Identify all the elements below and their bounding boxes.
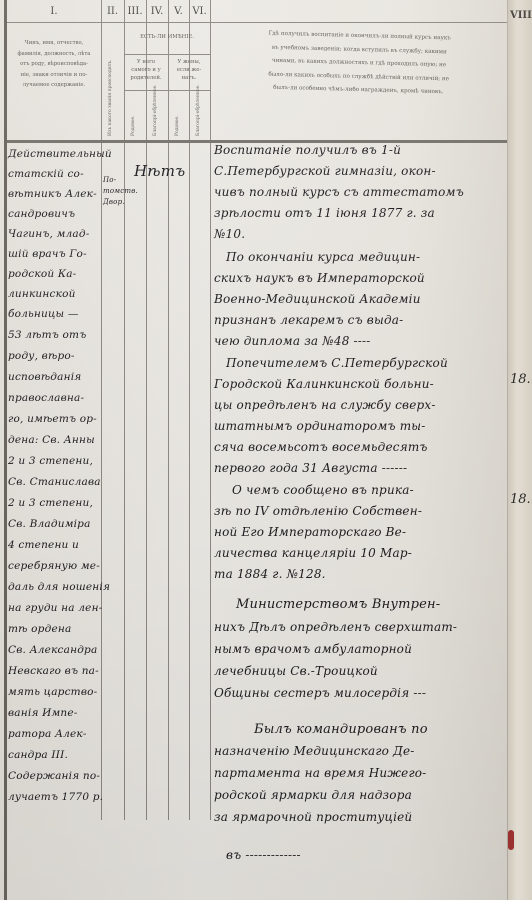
entry-line: По окончаніи курса медицин-	[226, 250, 420, 264]
column-number-1: I.	[7, 6, 101, 17]
origin-line: томств.	[103, 187, 138, 195]
entry-line: штатнымъ ординаторомъ ты-	[214, 419, 426, 433]
margin-year: 18..	[510, 492, 532, 507]
estate-header: ЕСТЬ-ЛИ ИМѢНІЕ.	[124, 32, 210, 43]
header-line: самого и у	[124, 66, 168, 74]
column-1-header: Чинъ, имя, отчество, фамилія, должность,…	[8, 38, 100, 91]
entry-line: зѣ по IV отдѣленію Собствен-	[214, 504, 422, 518]
entry-line: Попечителемъ С.Петербургской	[226, 356, 448, 370]
column-2-header: Изъ какого званія происходитъ.	[108, 26, 113, 136]
page-left-border	[4, 0, 7, 900]
column-rule	[210, 0, 211, 820]
entry-line: цы опредѣленъ на службу сверх-	[214, 398, 436, 412]
entry-line: Действительный	[8, 148, 112, 160]
column-rule	[124, 0, 125, 820]
entry-line: зрѣлости отъ 11 іюня 1877 г. за	[214, 206, 435, 220]
entry-line: ванія Импе-	[8, 707, 78, 719]
entry-line: №10.	[214, 227, 245, 241]
entry-line: ной Его Императорскаго Ве-	[214, 525, 406, 539]
column-rule	[101, 0, 102, 820]
column-number-4: IV.	[146, 6, 168, 17]
entry-line: роду, вѣро-	[8, 350, 75, 362]
entry-line: Содержанія по-	[8, 770, 100, 782]
entry-line: лучаетъ 1770 р.	[8, 791, 103, 803]
header-line: натъ.	[168, 74, 210, 82]
entry-line: С.Петербургской гимназіи, окон-	[214, 164, 436, 178]
inherited-self-header: Родовое.	[131, 100, 136, 136]
entry-line: Военно-Медицинской Академіи	[214, 292, 421, 306]
entry-line: сандровичъ	[8, 208, 75, 220]
entry-line: на груди на лен-	[8, 602, 102, 614]
header-line: У него	[124, 58, 168, 66]
entry-line: сандра III.	[8, 749, 68, 761]
entry-line: сяча восемьсотъ восемьдесятъ	[214, 440, 428, 454]
entry-line: партамента на время Нижего-	[214, 766, 426, 780]
entry-line: Св. Станислава	[8, 476, 101, 488]
entry-line: 53 лѣтъ отъ	[8, 329, 86, 341]
column-rule	[189, 0, 190, 820]
entry-line: Общины сестеръ милосердія ---	[214, 686, 426, 700]
entry-line: статскій со-	[8, 168, 84, 180]
entry-line: личества канцеляріи 10 Мар-	[214, 546, 412, 560]
entry-line: въ -------------	[226, 848, 301, 862]
header-line: У жены,	[168, 58, 210, 66]
entry-line: Городской Калинкинской больни-	[214, 377, 434, 391]
entry-line: больницы —	[8, 308, 79, 320]
header-line: родителей.	[124, 74, 168, 82]
binding-thread	[508, 830, 514, 850]
column-number-8: VIII	[510, 10, 532, 21]
entry-line: чею диплома за №48 ----	[214, 334, 371, 348]
entry-line: родской ярмарки для надзора	[214, 788, 412, 802]
entry-line: 2 и 3 степени,	[8, 455, 93, 467]
entry-line: дена: Св. Анны	[8, 434, 95, 446]
entry-line: нихъ Дѣлъ опредѣленъ сверхштат-	[214, 620, 457, 634]
entry-line: Св. Александра	[8, 644, 97, 656]
entry-line: за ярмарочной проституціей	[214, 810, 412, 824]
entry-line: назначенію Медицинскаго Де-	[214, 744, 415, 758]
column-number-6: VI.	[189, 6, 210, 17]
margin-year: 18..	[510, 372, 532, 387]
entry-line: вѣтникъ Алек-	[8, 188, 97, 200]
acquired-wife-header: Благопрі-обрѣтенное.	[196, 94, 201, 136]
entry-line: даль для ношенія	[8, 581, 110, 593]
estate-wife-header: У жены, если же- натъ.	[168, 58, 210, 82]
entry-line: Св. Владиміра	[8, 518, 91, 530]
acquired-self-header: Благопрі-обрѣтенное.	[153, 94, 158, 136]
estate-self-header: У него самого и у родителей.	[124, 58, 168, 82]
entry-line: 2 и 3 степени,	[8, 497, 93, 509]
header-line: фамилія, должность, лѣта	[8, 49, 100, 60]
entry-line: ратора Алек-	[8, 728, 87, 740]
entry-line: нымъ врачомъ амбулаторной	[214, 642, 412, 656]
column-number-2: II.	[101, 6, 124, 17]
inherited-wife-header: Родовое.	[175, 100, 180, 136]
entry-line: 4 степени и	[8, 539, 79, 551]
entry-line: чивъ полный курсъ съ аттестатомъ	[214, 185, 464, 199]
header-top-rule	[7, 22, 507, 23]
header-line: Чинъ, имя, отчество,	[8, 38, 100, 49]
entry-line: православна-	[8, 392, 84, 404]
entry-line: шій врачъ Го-	[8, 248, 87, 260]
header-line: ніе, знаки отличія и по-	[8, 70, 100, 81]
estate-entry: Нѣтъ	[134, 162, 185, 180]
entry-line: серебряную ме-	[8, 560, 100, 572]
entry-line: родской Ка-	[8, 268, 76, 280]
adjacent-page-strip: VIII 18.. 18..	[508, 0, 532, 900]
column-number-3: III.	[124, 6, 146, 17]
estate-subheader-rule	[124, 54, 210, 55]
header-line: лучаемое содержаніе.	[8, 80, 100, 91]
header-line: если же-	[168, 66, 210, 74]
entry-line: лечебницы Св.-Троицкой	[214, 664, 378, 678]
entry-line: Чагинъ, млад-	[8, 228, 90, 240]
entry-line: линкинской	[8, 288, 76, 300]
entry-line: признанъ лекаремъ съ выда-	[214, 313, 403, 327]
origin-line: По-	[103, 176, 116, 184]
entry-line: Министерствомъ Внутрен-	[236, 597, 440, 612]
column-rule	[146, 0, 147, 820]
entry-line: исповѣданія	[8, 371, 81, 383]
entry-line: Воспитаніе получилъ въ 1-й	[214, 143, 401, 157]
entry-line: тѣ ордена	[8, 623, 71, 635]
column-7-header: Гдѣ получилъ воспитаніе и окончилъ-ли по…	[213, 26, 505, 101]
header-line: отъ роду, вѣроисповѣда-	[8, 59, 100, 70]
entry-line: мять царство-	[8, 686, 97, 698]
origin-line: Двор.	[103, 198, 125, 206]
column-number-5: V.	[168, 6, 189, 17]
column-rule	[168, 0, 169, 820]
entry-line: го, имѣетъ ор-	[8, 413, 97, 425]
entry-line: первого года 31 Августа ------	[214, 461, 407, 475]
entry-line: Невскаго въ па-	[8, 665, 99, 677]
entry-line: О чемъ сообщено въ прика-	[232, 483, 414, 497]
entry-line: скихъ наукъ въ Императорской	[214, 271, 425, 285]
entry-line: та 1884 г. №128.	[214, 567, 326, 581]
entry-line: Былъ командированъ по	[254, 722, 428, 737]
document-page: I. II. III. IV. V. VI. Чинъ, имя, отчест…	[0, 0, 508, 900]
